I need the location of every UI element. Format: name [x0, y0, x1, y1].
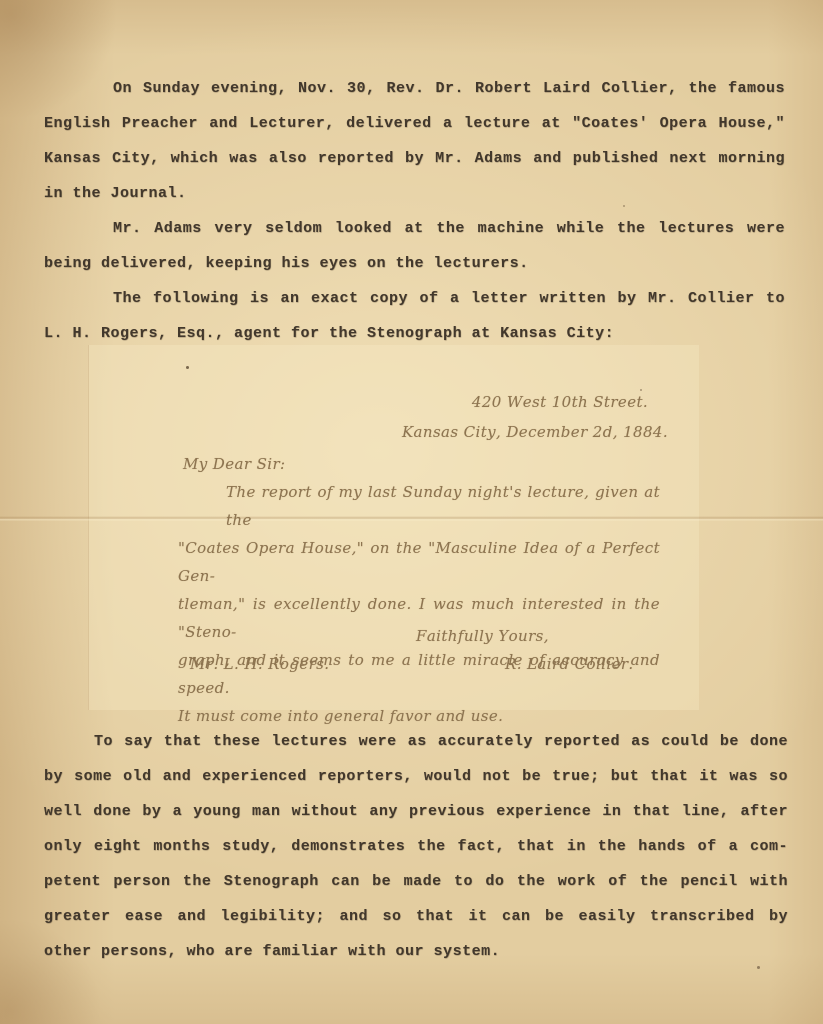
text-line: well done by a young man without any pre… [44, 794, 788, 829]
text-line: only eight months study, demonstrates th… [44, 829, 788, 864]
letter-signature: R. Laird Collier. [505, 650, 634, 678]
paper-speck [186, 366, 189, 369]
letter-address: 420 West 10th Street. [395, 388, 725, 416]
text-line: petent person the Stenograph can be made… [44, 864, 788, 899]
text-line: On Sunday evening, Nov. 30, Rev. Dr. Rob… [44, 71, 785, 106]
letter-addressee: Mr. L. H. Rogers. [190, 650, 329, 678]
letter-body: The report of my last Sunday night's lec… [178, 478, 660, 730]
text-line: To say that these lectures were as accur… [44, 724, 788, 759]
text-line: other persons, who are familiar with our… [44, 934, 788, 969]
text-line: being delivered, keeping his eyes on the… [44, 246, 785, 281]
letter-salutation: My Dear Sir: [183, 450, 285, 478]
text-line: L. H. Rogers, Esq., agent for the Stenog… [44, 316, 785, 351]
intro-paragraphs: On Sunday evening, Nov. 30, Rev. Dr. Rob… [44, 71, 785, 351]
text-line: greater ease and legibility; and so that… [44, 899, 788, 934]
letter-dateline: Kansas City, December 2d, 1884. [370, 418, 700, 446]
letter-closing: Faithfully Yours, [330, 622, 635, 650]
letter-body-line: "Coates Opera House," on the "Masculine … [178, 534, 660, 590]
text-line: The following is an exact copy of a lett… [44, 281, 785, 316]
text-line: in the Journal. [44, 176, 785, 211]
text-line: Mr. Adams very seldom looked at the mach… [44, 211, 785, 246]
closing-paragraph: To say that these lectures were as accur… [44, 724, 788, 969]
document-page: On Sunday evening, Nov. 30, Rev. Dr. Rob… [0, 0, 823, 1024]
letter-body-line: The report of my last Sunday night's lec… [178, 478, 660, 534]
text-line: Kansas City, which was also reported by … [44, 141, 785, 176]
text-line: by some old and experienced reporters, w… [44, 759, 788, 794]
text-line: English Preacher and Lecturer, delivered… [44, 106, 785, 141]
